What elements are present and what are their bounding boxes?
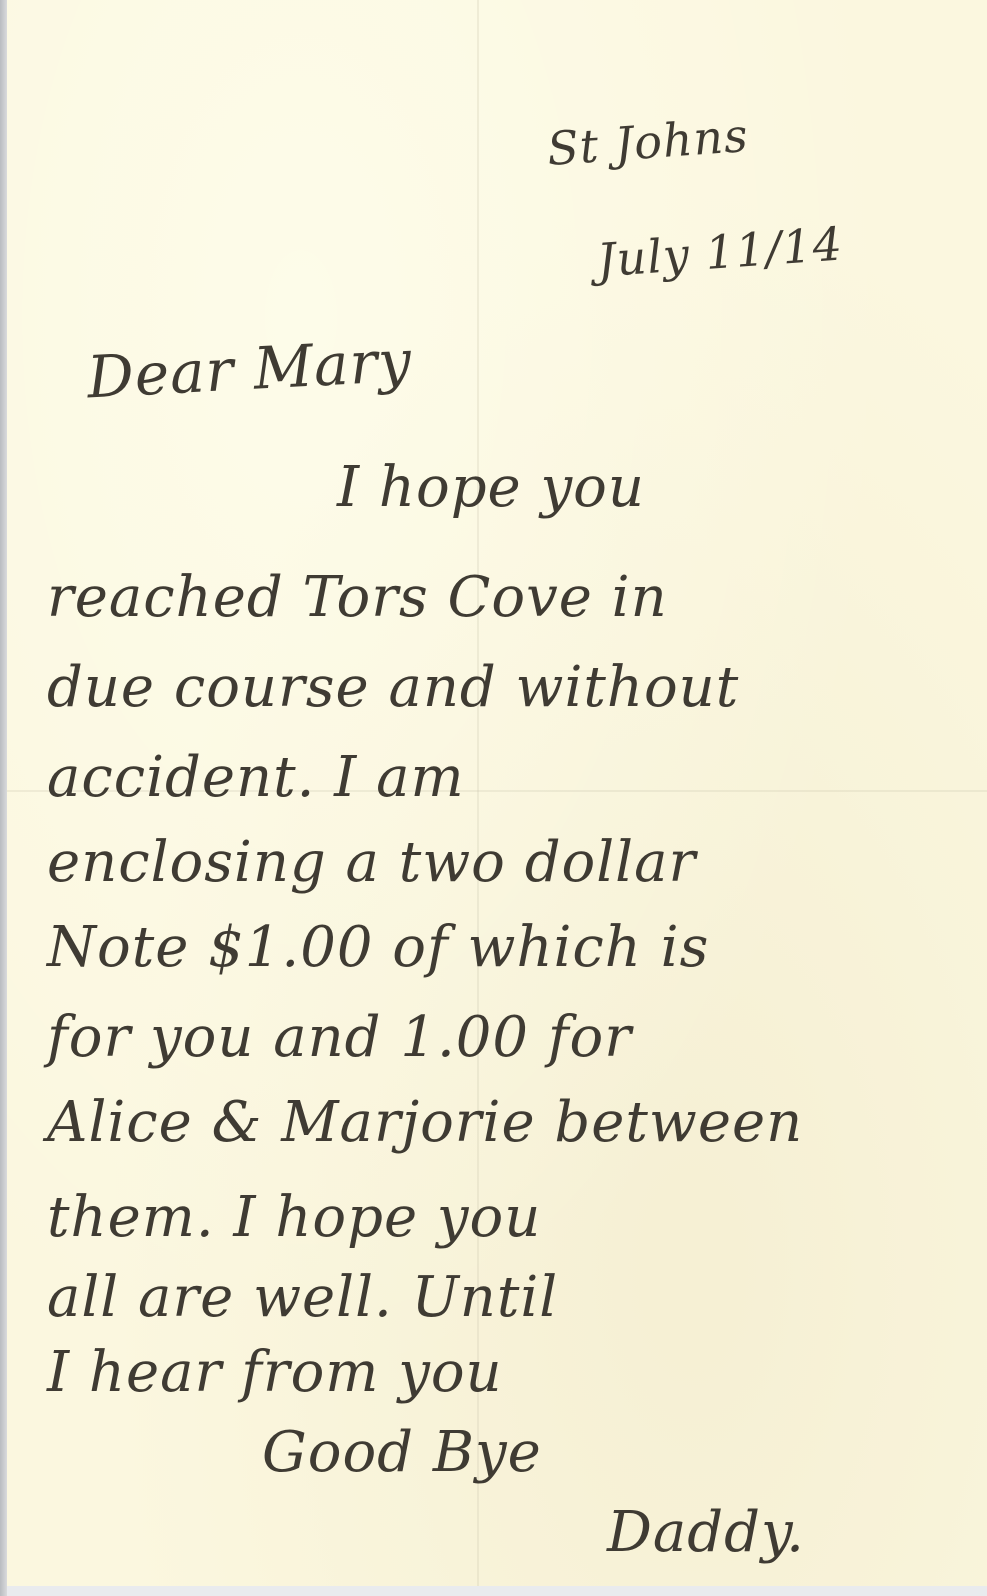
body-line: reached Tors Cove in: [47, 565, 668, 630]
scan-edge: [0, 0, 7, 1596]
body-line: them. I hope you: [47, 1185, 541, 1250]
letter-salutation: Dear Mary: [85, 327, 413, 412]
body-line: Note $1.00 of which is: [47, 915, 709, 980]
body-line: due course and without: [47, 655, 739, 720]
body-line: accident. I am: [47, 745, 465, 810]
letter-place: St Johns: [545, 108, 750, 176]
body-line: I hope you: [337, 455, 645, 520]
letter-closing: Good Bye: [262, 1420, 542, 1485]
letter-signature: Daddy.: [607, 1500, 805, 1565]
body-line: for you and 1.00 for: [47, 1005, 632, 1070]
body-line: all are well. Until: [47, 1265, 558, 1330]
body-line: I hear from you: [47, 1340, 503, 1405]
body-line: Alice & Marjorie between: [47, 1090, 803, 1155]
letter-date: July 11/14: [595, 216, 844, 287]
body-line: enclosing a two dollar: [47, 830, 696, 895]
letter-page: St Johns July 11/14 Dear Mary I hope you…: [7, 0, 987, 1586]
